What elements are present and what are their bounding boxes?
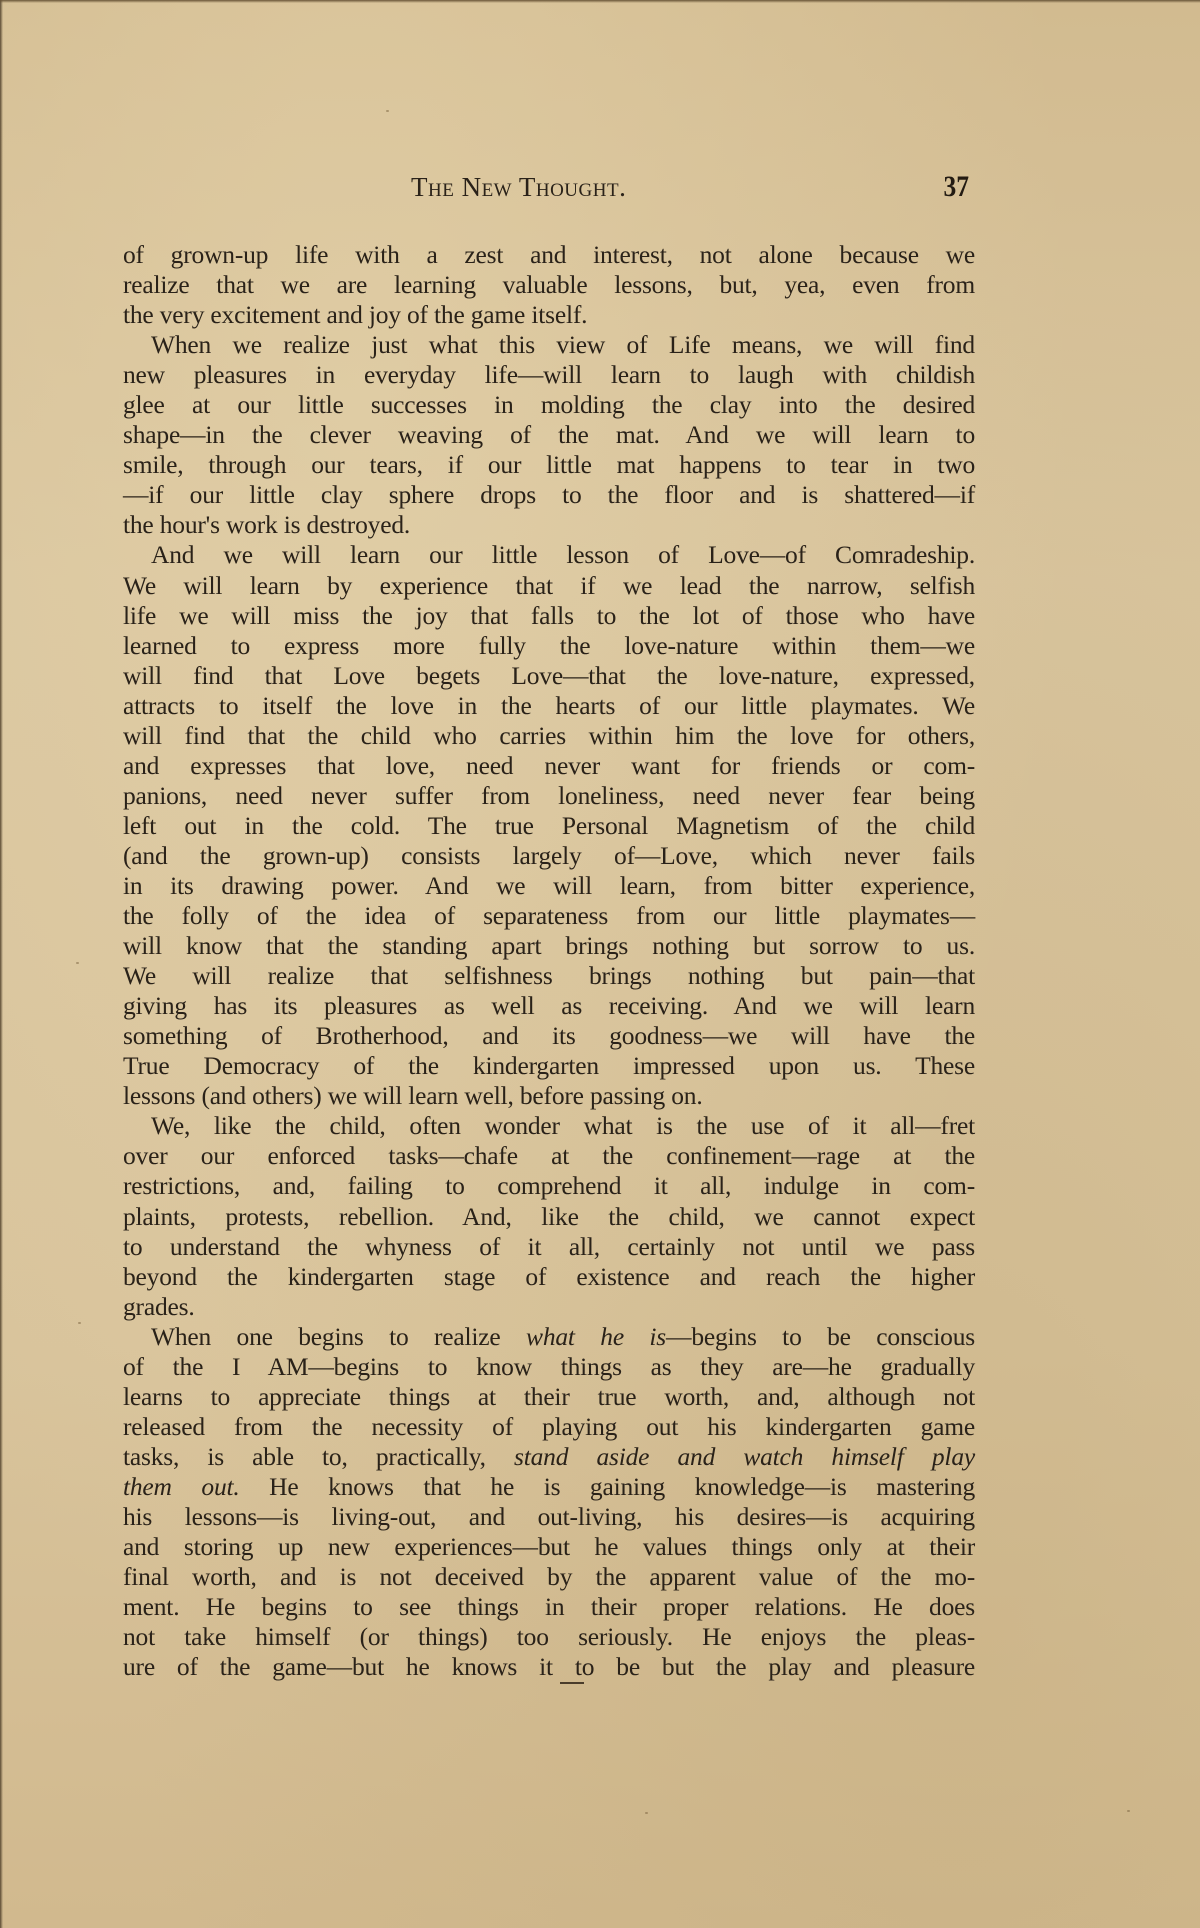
text-line: will find that Love begets Love—that the… xyxy=(123,661,975,691)
text-run: He knows that he is gaining knowledge—is… xyxy=(240,1472,975,1501)
text-line: released from the necessity of playing o… xyxy=(123,1412,975,1442)
text-run: —begins to be conscious xyxy=(666,1322,975,1351)
page-number: 37 xyxy=(944,170,970,204)
text-line: new pleasures in everyday life—will lear… xyxy=(123,360,975,390)
text-line: We will learn by experience that if we l… xyxy=(123,571,975,601)
paper-speck xyxy=(645,1812,648,1814)
paragraph: When we realize just what this view of L… xyxy=(123,330,975,540)
text-line: not take himself (or things) too serious… xyxy=(123,1622,975,1652)
paragraph: And we will learn our little lesson of L… xyxy=(123,540,975,1111)
text-line: When we realize just what this view of L… xyxy=(123,330,975,360)
italic-run: what he is xyxy=(526,1322,666,1351)
page-edge-left xyxy=(0,0,3,1928)
text-line: True Democracy of the kindergarten impre… xyxy=(123,1051,975,1081)
body-text: of grown-up life with a zest and interes… xyxy=(123,240,975,1682)
text-line: giving has its pleasures as well as rece… xyxy=(123,991,975,1021)
text-line: learned to express more fully the love-n… xyxy=(123,631,975,661)
text-line: realize that we are learning valuable le… xyxy=(123,270,975,300)
text-line: We, like the child, often wonder what is… xyxy=(123,1111,975,1141)
text-line: (and the grown-up) consists largely of—L… xyxy=(123,841,975,871)
paper-speck xyxy=(386,110,389,112)
text-line: his lessons—is living-out, and out-livin… xyxy=(123,1502,975,1532)
text-line: and storing up new experiences—but he va… xyxy=(123,1532,975,1562)
italic-run: stand aside and watch himself play xyxy=(514,1442,975,1471)
italic-run: them out. xyxy=(123,1472,240,1501)
text-line: smile, through our tears, if our little … xyxy=(123,450,975,480)
text-line: the hour's work is destroyed. xyxy=(123,510,975,540)
text-line: grades. xyxy=(123,1292,975,1322)
text-line: of the I AM—begins to know things as the… xyxy=(123,1352,975,1382)
text-run: When one begins to realize xyxy=(151,1322,526,1351)
text-line: over our enforced tasks—chafe at the con… xyxy=(123,1141,975,1171)
text-line: When one begins to realize what he is—be… xyxy=(123,1322,975,1352)
text-line: ment. He begins to see things in their p… xyxy=(123,1592,975,1622)
page-edge-top xyxy=(0,0,1200,3)
text-line: to understand the whyness of it all, cer… xyxy=(123,1232,975,1262)
text-line: in its drawing power. And we will learn,… xyxy=(123,871,975,901)
text-line: them out. He knows that he is gaining kn… xyxy=(123,1472,975,1502)
text-line: life we will miss the joy that falls to … xyxy=(123,601,975,631)
text-line: left out in the cold. The true Personal … xyxy=(123,811,975,841)
text-line: the folly of the idea of separateness fr… xyxy=(123,901,975,931)
text-line: restrictions, and, failing to comprehend… xyxy=(123,1171,975,1201)
text-line: lessons (and others) we will learn well,… xyxy=(123,1081,975,1111)
text-line: And we will learn our little lesson of L… xyxy=(123,540,975,570)
text-run: tasks, is able to, practically, xyxy=(123,1442,514,1471)
text-line: ure of the game—but he knows it to be bu… xyxy=(123,1652,975,1682)
paragraph: We, like the child, often wonder what is… xyxy=(123,1111,975,1321)
text-line: —if our little clay sphere drops to the … xyxy=(123,480,975,510)
text-line: glee at our little successes in molding … xyxy=(123,390,975,420)
text-line: attracts to itself the love in the heart… xyxy=(123,691,975,721)
text-line: learns to appreciate things at their tru… xyxy=(123,1382,975,1412)
text-line: panions, need never suffer from loneline… xyxy=(123,781,975,811)
paper-speck xyxy=(1127,1810,1130,1812)
signature-mark xyxy=(560,1682,584,1684)
text-line: of grown-up life with a zest and interes… xyxy=(123,240,975,270)
text-line: final worth, and is not deceived by the … xyxy=(123,1562,975,1592)
text-line: plaints, protests, rebellion. And, like … xyxy=(123,1202,975,1232)
text-line: will find that the child who carries wit… xyxy=(123,721,975,751)
text-line: beyond the kindergarten stage of existen… xyxy=(123,1262,975,1292)
text-line: and expresses that love, need never want… xyxy=(123,751,975,781)
text-line: something of Brotherhood, and its goodne… xyxy=(123,1021,975,1051)
text-line: will know that the standing apart brings… xyxy=(123,931,975,961)
text-line: shape—in the clever weaving of the mat. … xyxy=(123,420,975,450)
text-line: tasks, is able to, practically, stand as… xyxy=(123,1442,975,1472)
text-line: the very excitement and joy of the game … xyxy=(123,300,975,330)
running-title: The New Thought. xyxy=(411,172,626,203)
paragraph: When one begins to realize what he is—be… xyxy=(123,1322,975,1683)
paper-speck xyxy=(76,962,79,964)
paper-speck xyxy=(78,1322,81,1324)
running-header: The New Thought. 37 xyxy=(123,172,975,212)
paragraph: of grown-up life with a zest and interes… xyxy=(123,240,975,330)
text-line: We will realize that selfishness brings … xyxy=(123,961,975,991)
